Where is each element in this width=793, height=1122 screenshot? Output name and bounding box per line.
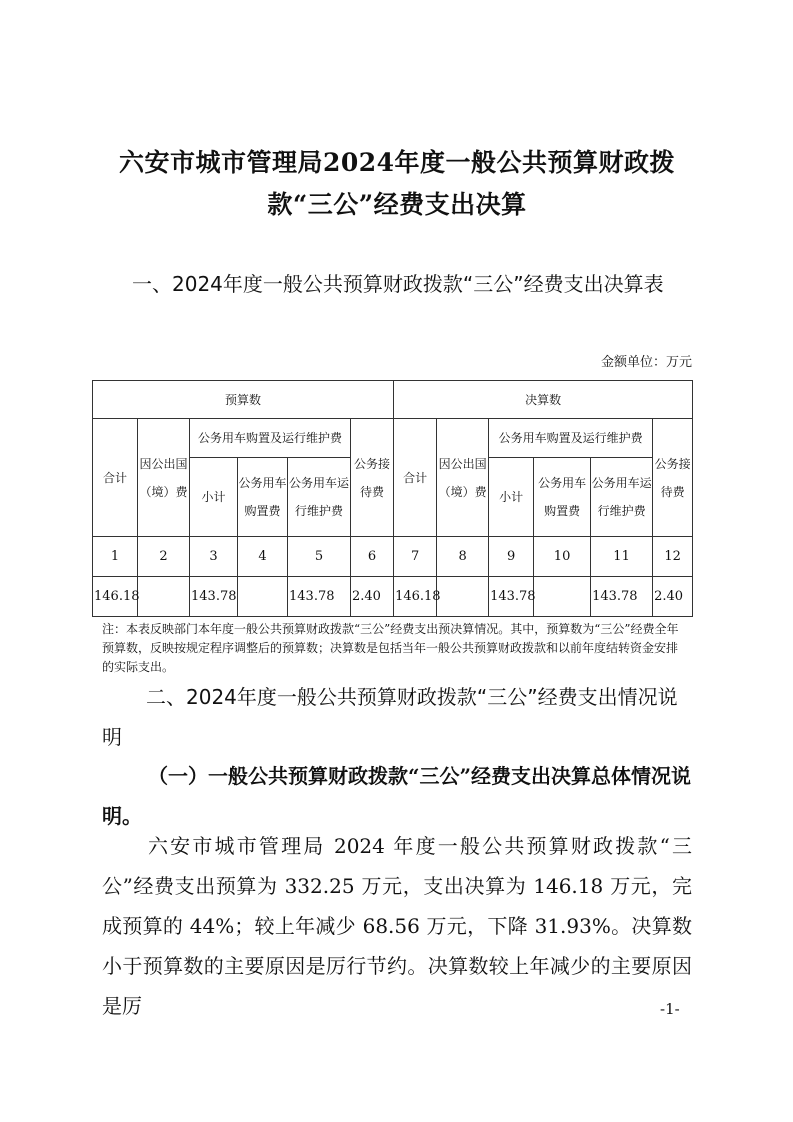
column-number: 9 — [489, 537, 534, 577]
table-cell: 143.78 — [489, 577, 534, 617]
final-abroad-header: 因公出国（境）费 — [437, 419, 489, 537]
table-cell: 2.40 — [653, 577, 693, 617]
column-number-row: 1 2 3 4 5 6 7 8 9 10 11 12 — [93, 537, 693, 577]
column-header-row: 合计 因公出国（境）费 公务用车购置及运行维护费 公务接待费 合计 因公出国（境… — [93, 419, 693, 458]
table-cell — [138, 577, 190, 617]
column-number: 12 — [653, 537, 693, 577]
column-number: 3 — [190, 537, 238, 577]
unit-label: 金额单位：万元 — [601, 351, 692, 370]
group-header-row: 预算数 决算数 — [93, 381, 693, 419]
table-cell: 143.78 — [288, 577, 351, 617]
final-total-header: 合计 — [394, 419, 437, 537]
table-cell — [534, 577, 591, 617]
column-number: 1 — [93, 537, 138, 577]
final-reception-header: 公务接待费 — [653, 419, 693, 537]
table-cell: 143.78 — [591, 577, 653, 617]
budget-abroad-header: 因公出国（境）费 — [138, 419, 190, 537]
final-vehicle-purchase-header: 公务用车购置费 — [534, 458, 591, 537]
budget-vehicle-operation-header: 公务用车运行维护费 — [288, 458, 351, 537]
budget-subtotal-header: 小计 — [190, 458, 238, 537]
table-cell: 146.18 — [394, 577, 437, 617]
column-number: 11 — [591, 537, 653, 577]
budget-vehicle-group-header: 公务用车购置及运行维护费 — [190, 419, 351, 458]
column-number: 8 — [437, 537, 489, 577]
body-paragraph: 六安市城市管理局 2024 年度一般公共预算财政拨款“三公”经费支出预算为 33… — [102, 826, 692, 1026]
table-note: 注：本表反映部门本年度一般公共预算财政拨款“三公”经费支出预决算情况。其中，预算… — [102, 620, 687, 677]
budget-reception-header: 公务接待费 — [351, 419, 394, 537]
budget-total-header: 合计 — [93, 419, 138, 537]
table-cell: 143.78 — [190, 577, 238, 617]
column-number: 5 — [288, 537, 351, 577]
final-subtotal-header: 小计 — [489, 458, 534, 537]
table-cell: 2.40 — [351, 577, 394, 617]
section1-heading: 一、2024年度一般公共预算财政拨款“三公”经费支出决算表 — [92, 264, 678, 304]
budget-group-header: 预算数 — [93, 381, 394, 419]
page-number: -1- — [660, 1000, 680, 1018]
budget-vehicle-purchase-header: 公务用车购置费 — [238, 458, 288, 537]
table-cell: 146.18 — [93, 577, 138, 617]
column-number: 6 — [351, 537, 394, 577]
table-cell — [238, 577, 288, 617]
column-number: 2 — [138, 537, 190, 577]
final-vehicle-group-header: 公务用车购置及运行维护费 — [489, 419, 653, 458]
subsection1-heading: （一）一般公共预算财政拨款“三公”经费支出决算总体情况说明。 — [102, 756, 692, 836]
column-number: 7 — [394, 537, 437, 577]
three-public-expenses-table: 预算数 决算数 合计 因公出国（境）费 公务用车购置及运行维护费 公务接待费 合… — [92, 380, 693, 617]
final-group-header: 决算数 — [394, 381, 693, 419]
column-number: 10 — [534, 537, 591, 577]
section2-heading: 二、2024年度一般公共预算财政拨款“三公”经费支出情况说明 — [102, 677, 692, 757]
document-title: 六安市城市管理局2024年度一般公共预算财政拨款“三公”经费支出决算 — [92, 142, 702, 226]
column-number: 4 — [238, 537, 288, 577]
final-vehicle-operation-header: 公务用车运行维护费 — [591, 458, 653, 537]
table-cell — [437, 577, 489, 617]
table-row: 146.18 143.78 143.78 2.40 146.18 143.78 … — [93, 577, 693, 617]
